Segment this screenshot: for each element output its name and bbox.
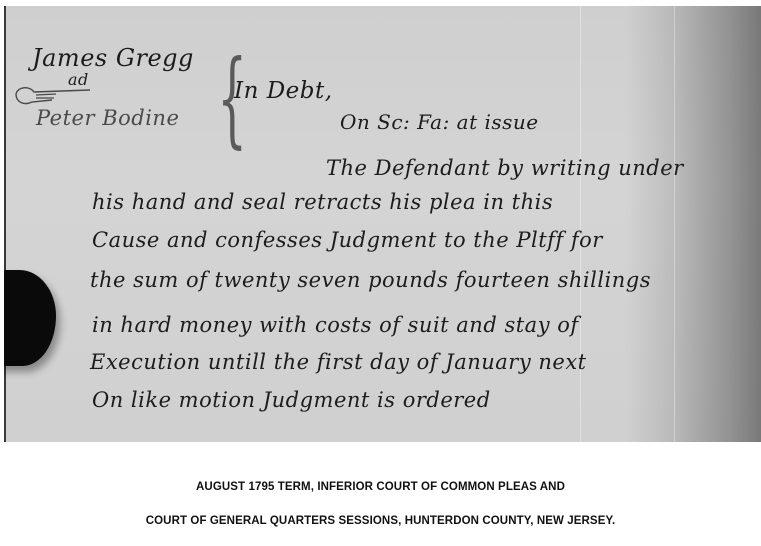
ink-blot [4,270,56,366]
body-line: his hand and seal retracts his plea in t… [92,190,553,214]
body-line: the sum of twenty seven pounds fourteen … [90,268,651,292]
manuscript-scan: James Gregg ad Peter Bodine { In Debt, O… [4,6,761,442]
plaintiff-name: James Gregg [32,44,194,72]
defendant-name: Peter Bodine [36,106,179,130]
caption-line-2: COURT OF GENERAL QUARTERS SESSIONS, HUNT… [0,515,761,527]
body-line: in hard money with costs of suit and sta… [92,313,579,337]
action-type: In Debt, [234,78,333,104]
body-line: Execution untill the first day of Januar… [90,350,587,374]
paper-fold-line [580,6,581,442]
body-line: The Defendant by writing under [326,156,684,180]
paper-fold-line [674,6,675,442]
writ-status: On Sc: Fa: at issue [340,110,539,134]
body-line: Cause and confesses Judgment to the Pltf… [92,228,603,252]
caption-line-1: AUGUST 1795 TERM, INFERIOR COURT OF COMM… [0,481,761,493]
body-line: On like motion Judgment is ordered [92,388,491,412]
